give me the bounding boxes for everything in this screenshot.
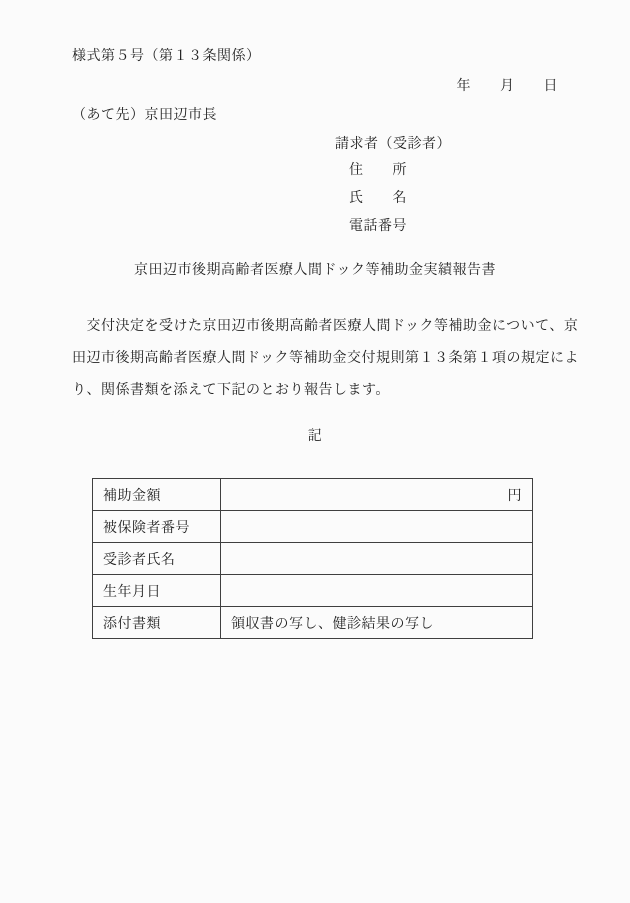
addressee-line: （あて先）京田辺市長 [72, 106, 558, 126]
row-label: 被保険者番号 [93, 511, 221, 543]
claimant-address-label: 住 所 [335, 157, 558, 185]
document-title: 京田辺市後期高齢者医療人間ドック等補助金実績報告書 [72, 261, 558, 281]
row-label: 添付書類 [93, 607, 221, 639]
record-marker: 記 [72, 427, 558, 447]
date-line: 年 月 日 [72, 77, 558, 97]
row-value-attachments: 領収書の写し、健診結果の写し [221, 607, 533, 639]
table-row-birth-date: 生年月日 [93, 575, 533, 607]
document-page: 様式第５号（第１３条関係） 年 月 日 （あて先）京田辺市長 請求者（受診者） … [0, 0, 630, 903]
claimant-block: 請求者（受診者） 住 所 氏 名 電話番号 [72, 133, 558, 241]
body-line: 田辺市後期高齢者医療人間ドック等補助金交付規則第１３条第１項の規定によ [72, 343, 558, 375]
table-row-attachments: 添付書類 領収書の写し、健診結果の写し [93, 607, 533, 639]
claimant-name-label: 氏 名 [335, 185, 558, 213]
body-line: り、関係書類を添えて下記のとおり報告します。 [72, 375, 558, 407]
row-value-insured-number [221, 511, 533, 543]
row-label: 補助金額 [93, 479, 221, 511]
form-number: 様式第５号（第１３条関係） [72, 47, 558, 67]
table-row-insured-number: 被保険者番号 [93, 511, 533, 543]
claimant-heading: 請求者（受診者） [335, 133, 558, 157]
row-label: 生年月日 [93, 575, 221, 607]
claimant-phone-label: 電話番号 [335, 213, 558, 241]
row-label: 受診者氏名 [93, 543, 221, 575]
body-line: 交付決定を受けた京田辺市後期高齢者医療人間ドック等補助金について、京 [72, 311, 558, 343]
row-value-birth-date [221, 575, 533, 607]
report-table: 補助金額 円 被保険者番号 受診者氏名 生年月日 添付書類 領収書の写し、健診結… [92, 478, 533, 639]
table-row-subsidy-amount: 補助金額 円 [93, 479, 533, 511]
body-paragraph: 交付決定を受けた京田辺市後期高齢者医療人間ドック等補助金について、京 田辺市後期… [72, 311, 558, 407]
table-row-examinee-name: 受診者氏名 [93, 543, 533, 575]
row-value-examinee-name [221, 543, 533, 575]
row-value-subsidy-amount: 円 [221, 479, 533, 511]
yen-unit-label: 円 [508, 489, 523, 504]
